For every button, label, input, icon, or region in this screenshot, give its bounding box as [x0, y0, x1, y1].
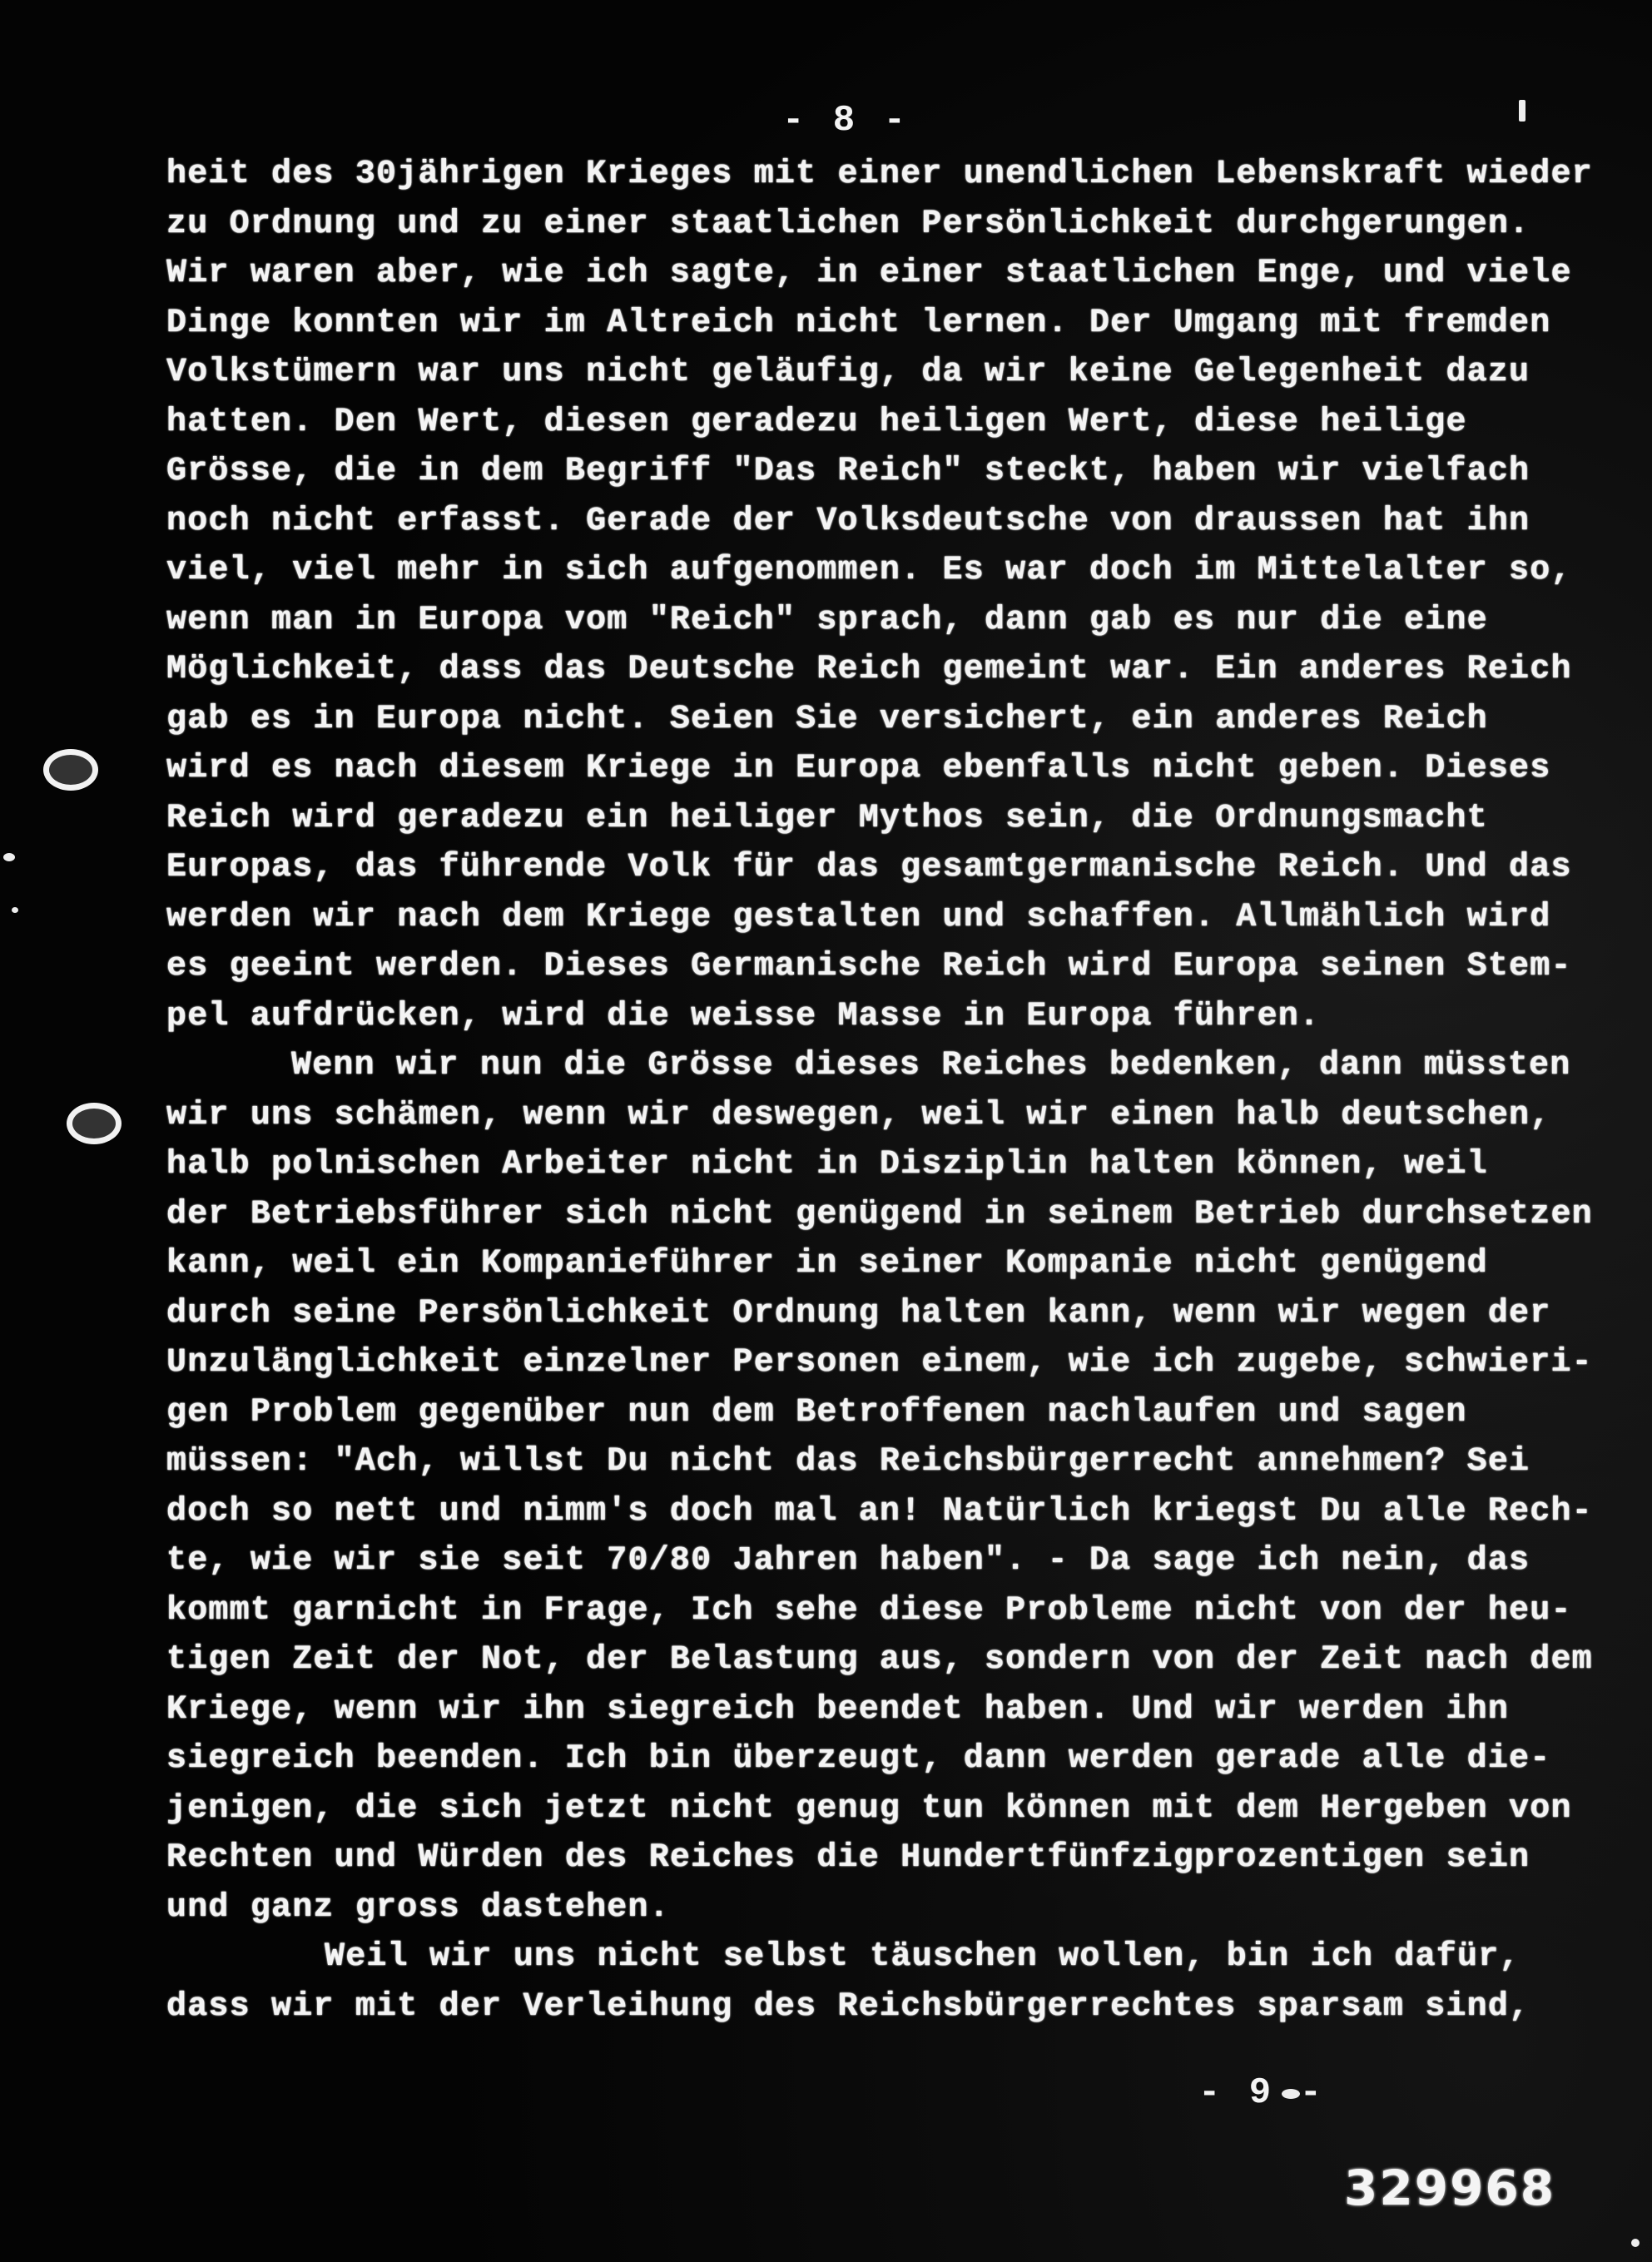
text-line: Dinge konnten wir im Altreich nicht lern… — [166, 299, 1598, 349]
scanned-document-page: - 8 - heit des 30jährigen Krieges mit ei… — [0, 0, 1652, 2262]
text-line: wir uns schämen, wenn wir deswegen, weil… — [166, 1091, 1598, 1141]
text-line: siegreich beenden. Ich bin überzeugt, da… — [166, 1734, 1598, 1784]
text-line: Europas, das führende Volk für das gesam… — [166, 843, 1598, 893]
text-line: viel, viel mehr in sich aufgenommen. Es … — [166, 546, 1598, 596]
text-line: und ganz gross dastehen. — [166, 1883, 1598, 1933]
text-line: zu Ordnung und zu einer staatlichen Pers… — [166, 200, 1598, 250]
text-line: durch seine Persönlichkeit Ordnung halte… — [166, 1289, 1598, 1339]
text-line: Rechten und Würden des Reiches die Hunde… — [166, 1833, 1598, 1883]
text-line: kommt garnicht in Frage, Ich sehe diese … — [166, 1586, 1598, 1636]
punch-hole-icon — [67, 1103, 122, 1144]
text-line: jenigen, die sich jetzt nicht genug tun … — [166, 1784, 1598, 1834]
text-line: werden wir nach dem Kriege gestalten und… — [166, 893, 1598, 943]
text-line: heit des 30jährigen Krieges mit einer un… — [166, 150, 1598, 200]
paragraph-start-line: Weil wir uns nicht selbst täuschen wolle… — [166, 1932, 1598, 1982]
text-line: kann, weil ein Kompanieführer in seiner … — [166, 1239, 1598, 1289]
text-line: hatten. Den Wert, diesen geradezu heilig… — [166, 398, 1598, 448]
text-line: wird es nach diesem Kriege in Europa ebe… — [166, 744, 1598, 794]
text-line: doch so nett und nimm's doch mal an! Nat… — [166, 1487, 1598, 1537]
page-number-top: - 8 - — [782, 100, 909, 141]
text-line: es geeint werden. Dieses Germanische Rei… — [166, 942, 1598, 992]
text-line: te, wie wir sie seit 70/80 Jahren haben"… — [166, 1536, 1598, 1586]
archive-document-number: 329968 — [1344, 2160, 1555, 2216]
typewritten-body-text: heit des 30jährigen Krieges mit einer un… — [166, 150, 1598, 2031]
text-line: Reich wird geradezu ein heiliger Mythos … — [166, 794, 1598, 844]
text-line: müssen: "Ach, willst Du nicht das Reichs… — [166, 1437, 1598, 1487]
text-line: wenn man in Europa vom "Reich" sprach, d… — [166, 596, 1598, 646]
text-line: pel aufdrücken, wird die weisse Masse in… — [166, 992, 1598, 1042]
punch-hole-icon — [43, 749, 98, 791]
text-line: gab es in Europa nicht. Seien Sie versic… — [166, 695, 1598, 745]
paragraph-start-line: Wenn wir nun die Grösse dieses Reiches b… — [166, 1041, 1598, 1091]
text-line: Grösse, die in dem Begriff "Das Reich" s… — [166, 447, 1598, 497]
text-line: Kriege, wenn wir ihn siegreich beendet h… — [166, 1685, 1598, 1735]
text-line: Volkstümern war uns nicht geläufig, da w… — [166, 348, 1598, 398]
text-line: der Betriebsführer sich nicht genügend i… — [166, 1190, 1598, 1240]
text-line: tigen Zeit der Not, der Belastung aus, s… — [166, 1635, 1598, 1685]
text-line: dass wir mit der Verleihung des Reichsbü… — [166, 1982, 1598, 2032]
scan-speck — [1519, 100, 1525, 122]
text-line: Wir waren aber, wie ich sagte, in einer … — [166, 249, 1598, 299]
text-line: Möglichkeit, dass das Deutsche Reich gem… — [166, 645, 1598, 695]
scan-speck — [3, 853, 15, 861]
scan-speck — [1631, 2239, 1640, 2247]
text-line: gen Problem gegenüber nun dem Betroffene… — [166, 1388, 1598, 1438]
scan-speck — [12, 907, 18, 913]
text-line: noch nicht erfasst. Gerade der Volksdeut… — [166, 497, 1598, 547]
text-line: Unzulänglichkeit einzelner Personen eine… — [166, 1338, 1598, 1388]
text-line: halb polnischen Arbeiter nicht in Diszip… — [166, 1140, 1598, 1190]
page-number-bottom: - 9 - — [1198, 2072, 1325, 2114]
